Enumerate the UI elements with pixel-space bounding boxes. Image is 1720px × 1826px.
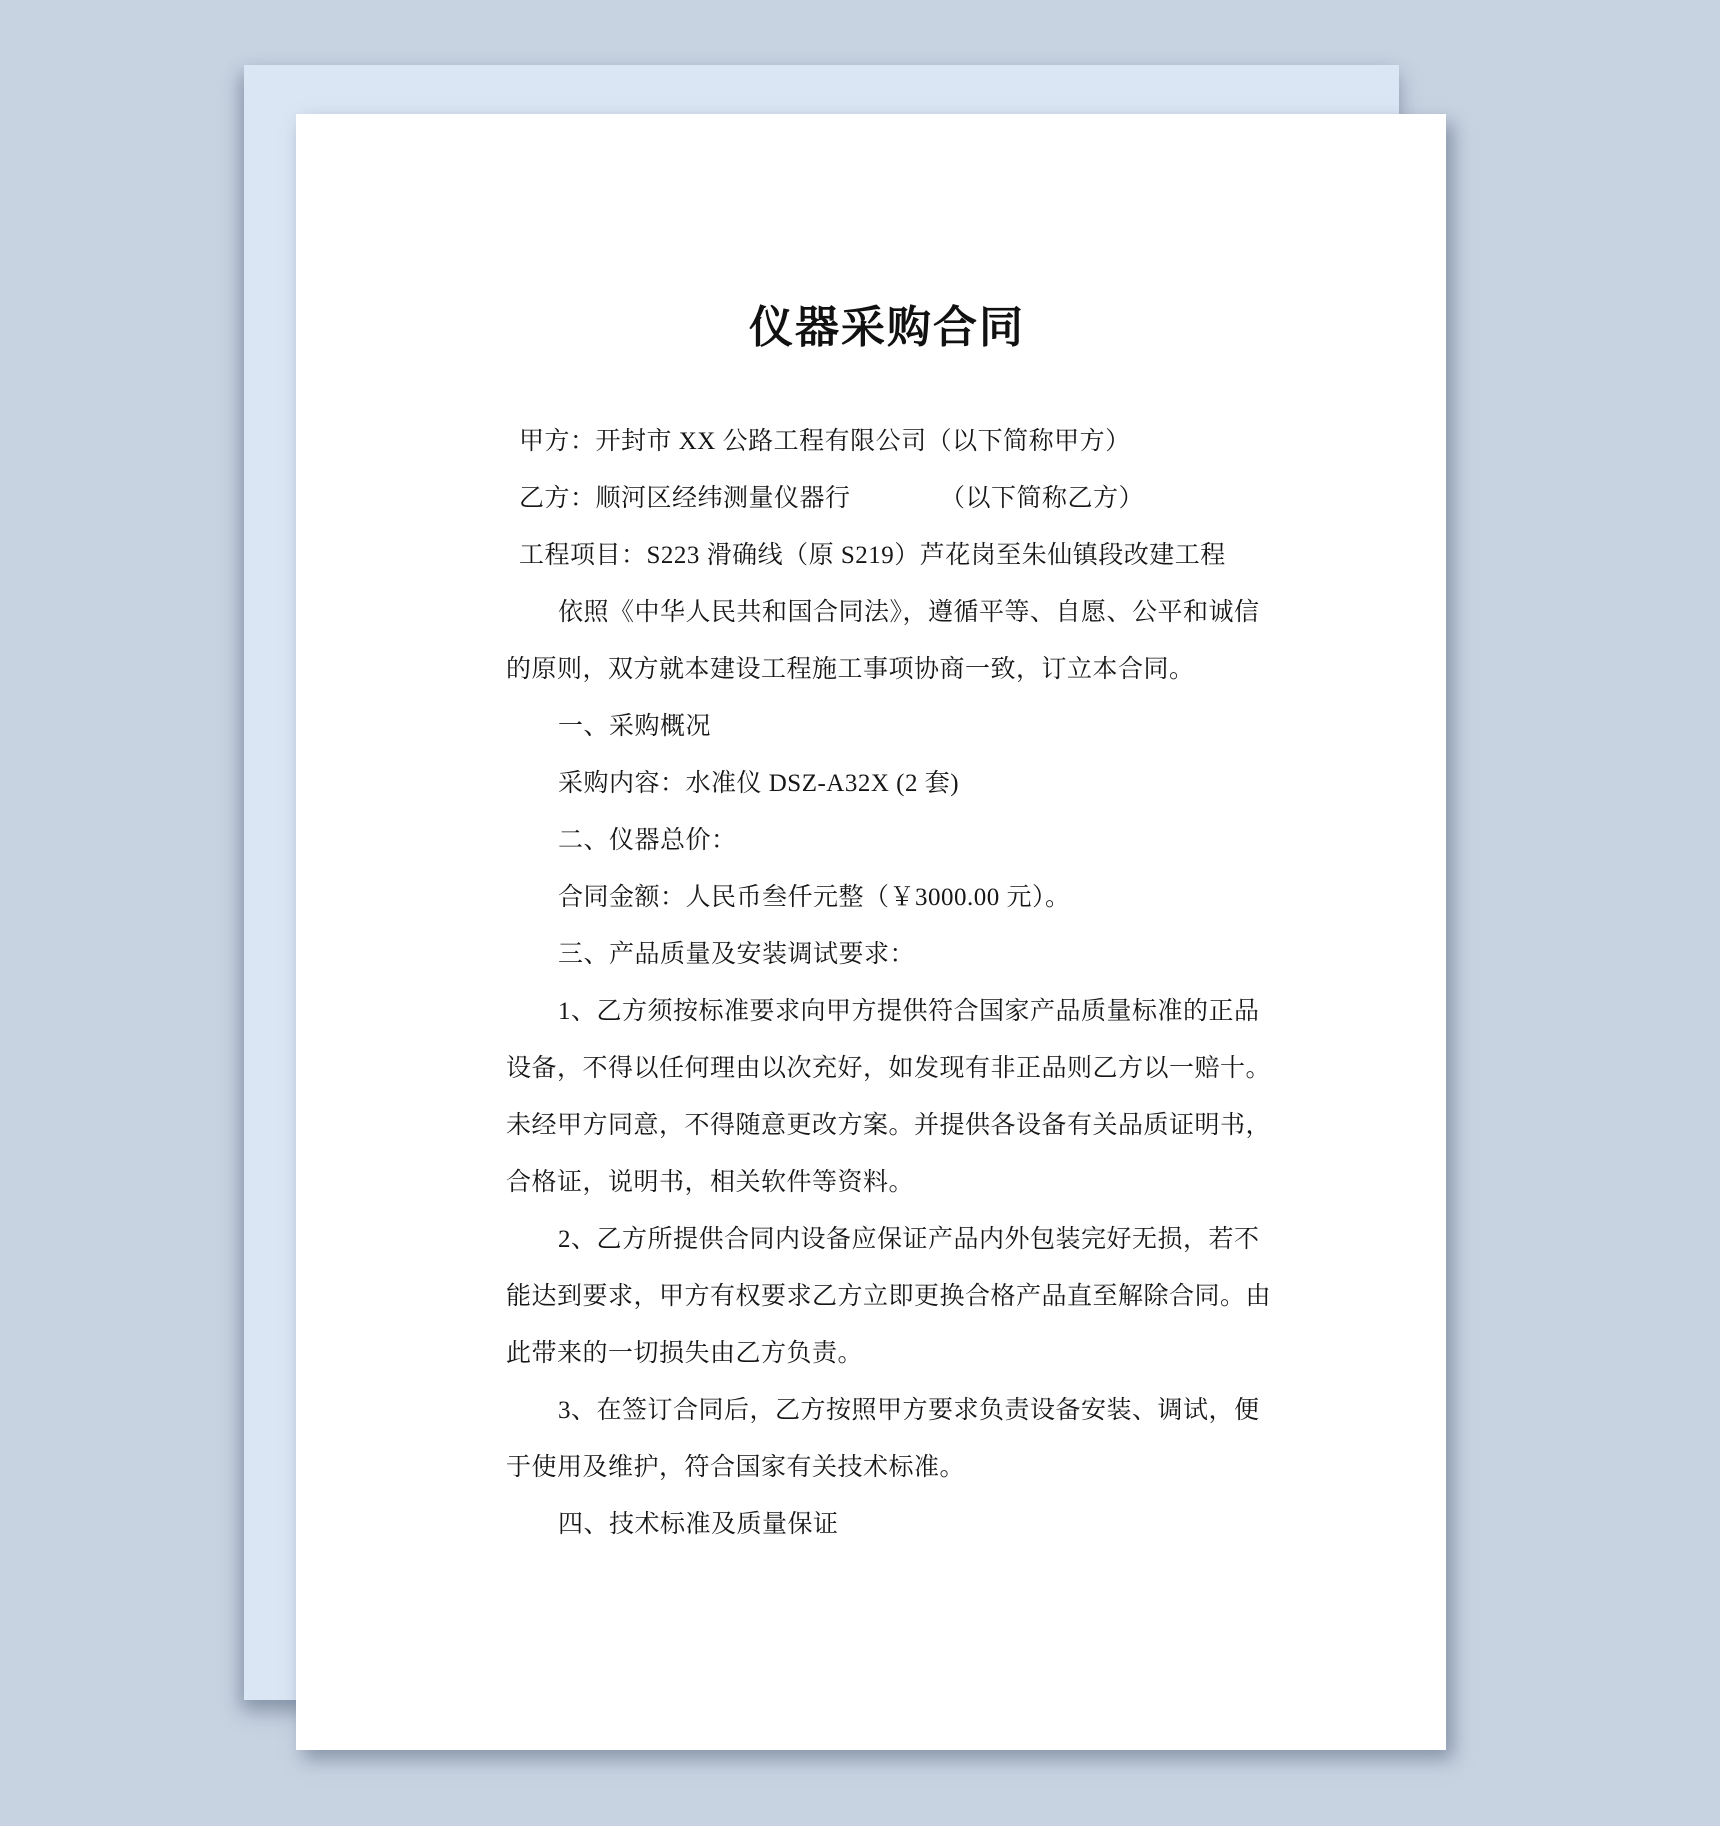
contract-line: 甲方：开封市 XX 公路工程有限公司（以下简称甲方） — [506, 413, 1268, 470]
contract-line: 设备，不得以任何理由以次充好，如发现有非正品则乙方以一赔十。 — [506, 1040, 1268, 1097]
contract-body: 甲方：开封市 XX 公路工程有限公司（以下简称甲方）乙方：顺河区经纬测量仪器行 … — [506, 413, 1268, 1553]
contract-title: 仪器采购合同 — [506, 302, 1268, 354]
contract-line: 四、技术标准及质量保证 — [506, 1496, 1268, 1553]
contract-line: 合格证，说明书，相关软件等资料。 — [506, 1154, 1268, 1211]
contract-line: 能达到要求，甲方有权要求乙方立即更换合格产品直至解除合同。由 — [506, 1268, 1268, 1325]
contract-line: 采购内容：水准仪 DSZ-A32X (2 套) — [506, 755, 1268, 812]
contract-line: 乙方：顺河区经纬测量仪器行 （以下简称乙方） — [506, 470, 1268, 527]
contract-line: 此带来的一切损失由乙方负责。 — [506, 1325, 1268, 1382]
contract-line: 一、采购概况 — [506, 698, 1268, 755]
contract-line: 2、乙方所提供合同内设备应保证产品内外包装完好无损，若不 — [506, 1211, 1268, 1268]
contract-line: 合同金额：人民币叁仟元整（￥3000.00 元）。 — [506, 869, 1268, 926]
contract-line: 三、产品质量及安装调试要求： — [506, 926, 1268, 983]
contract-paper: 仪器采购合同 甲方：开封市 XX 公路工程有限公司（以下简称甲方）乙方：顺河区经… — [296, 114, 1446, 1750]
contract-line: 1、乙方须按标准要求向甲方提供符合国家产品质量标准的正品 — [506, 983, 1268, 1040]
contract-line: 工程项目：S223 滑确线（原 S219）芦花岗至朱仙镇段改建工程 — [506, 527, 1268, 584]
contract-line: 3、在签订合同后，乙方按照甲方要求负责设备安装、调试，便 — [506, 1382, 1268, 1439]
contract-line: 依照《中华人民共和国合同法》，遵循平等、自愿、公平和诚信 — [506, 584, 1268, 641]
contract-line: 未经甲方同意，不得随意更改方案。并提供各设备有关品质证明书， — [506, 1097, 1268, 1154]
contract-line: 二、仪器总价： — [506, 812, 1268, 869]
contract-line: 的原则，双方就本建设工程施工事项协商一致，订立本合同。 — [506, 641, 1268, 698]
contract-line: 于使用及维护，符合国家有关技术标准。 — [506, 1439, 1268, 1496]
paper-content: 仪器采购合同 甲方：开封市 XX 公路工程有限公司（以下简称甲方）乙方：顺河区经… — [506, 114, 1268, 1750]
